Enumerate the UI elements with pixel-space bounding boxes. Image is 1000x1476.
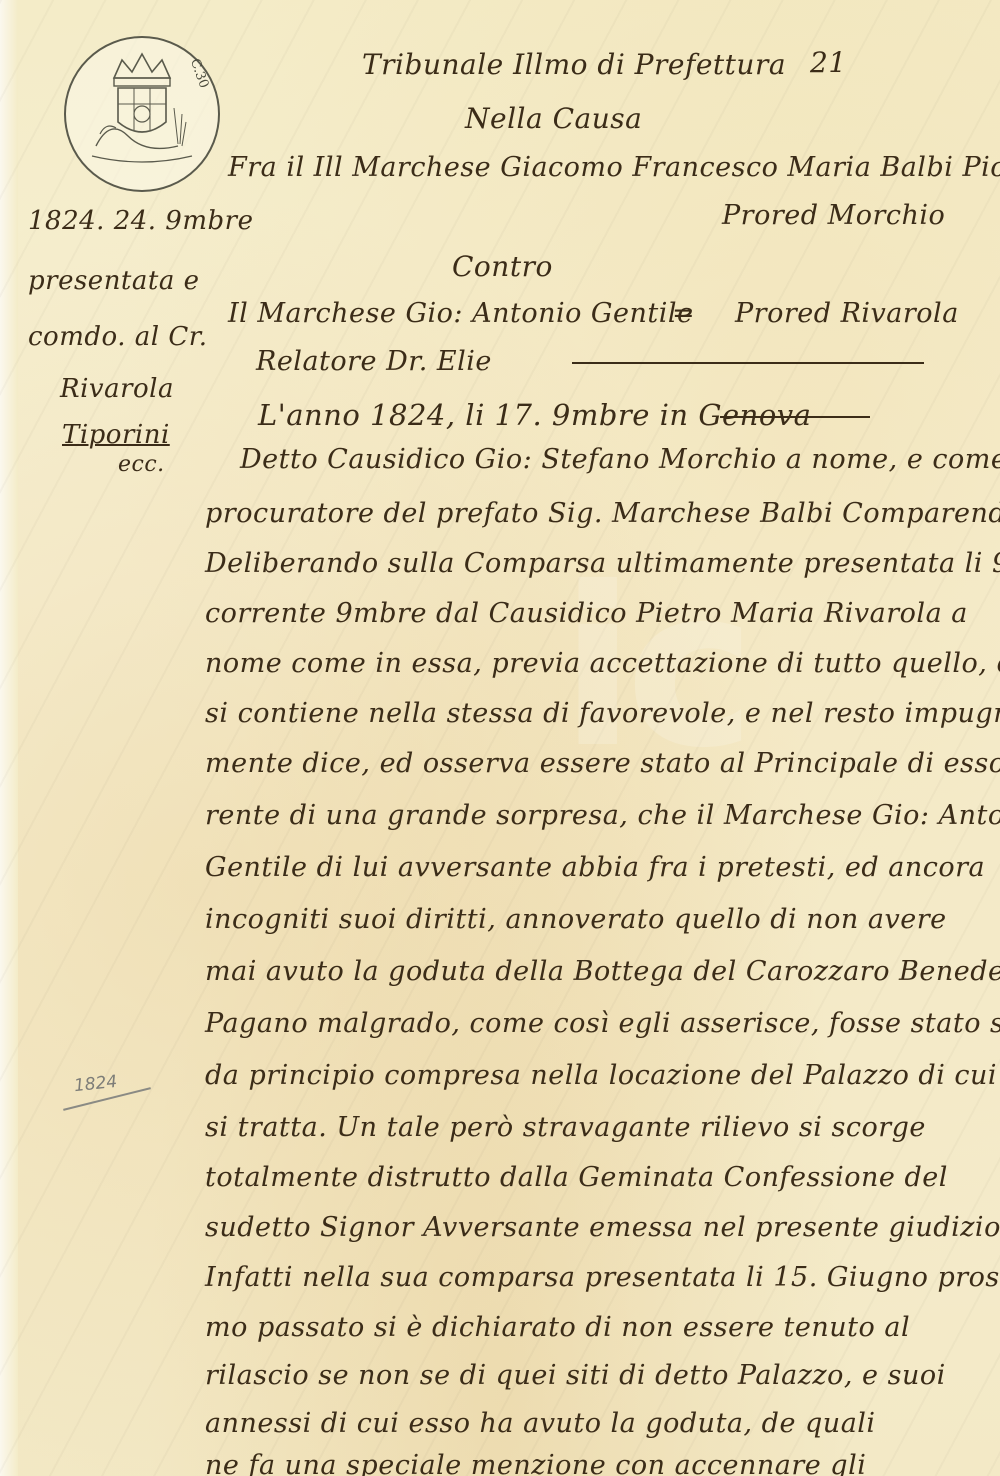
scan-edge: [0, 0, 18, 1476]
body-line-12: mai avuto la goduta della Bottega del Ca…: [205, 956, 1000, 987]
plaintiff-line: Fra il Ill Marchese Giacomo Francesco Ma…: [228, 152, 1000, 183]
margin-note-communicated: comdo. al Cr.: [28, 322, 208, 352]
body-line-3: procuratore del prefato Sig. Marchese Ba…: [205, 498, 1000, 529]
revenue-stamp: C.30: [64, 36, 220, 192]
body-line-17: sudetto Signor Avversante emessa nel pre…: [205, 1212, 1000, 1243]
body-line-21: annessi di cui esso ha avuto la goduta, …: [205, 1408, 876, 1439]
margin-note-date: 1824. 24. 9mbre: [28, 206, 253, 236]
body-line-19: mo passato si è dichiarato di non essere…: [205, 1312, 910, 1343]
body-line-7: si contiene nella stessa di favorevole, …: [205, 698, 1000, 729]
body-line-18: Infatti nella sua comparsa presentata li…: [205, 1262, 1000, 1293]
defendant-procurator: Prored Rivarola: [735, 298, 959, 329]
defendant-line: Il Marchese Gio: Antonio Gentile: [228, 298, 693, 329]
body-line-20: rilascio se non se di quei siti di detto…: [205, 1360, 946, 1391]
margin-note-ecc: ecc.: [118, 452, 165, 477]
plaintiff-procurator: Prored Morchio: [722, 200, 945, 231]
date-rule: [720, 416, 870, 418]
court-title: Tribunale Illmo di Prefettura: [362, 48, 786, 81]
body-line-22: ne fa una speciale menzione con accennar…: [205, 1450, 866, 1476]
header-rule: [572, 362, 924, 364]
defendant-separator: =: [672, 298, 695, 329]
relatore-line: Relatore Dr. Elie: [256, 346, 492, 377]
body-line-1: L'anno 1824, li 17. 9mbre in Genova: [258, 398, 811, 432]
body-line-14: da principio compresa nella locazione de…: [205, 1060, 997, 1091]
body-line-2: Detto Causidico Gio: Stefano Morchio a n…: [240, 444, 1000, 475]
margin-note-presented: presentata e: [28, 266, 199, 296]
manuscript-page: ic C.30 Tribunale Illmo di Prefettura 21…: [0, 0, 1000, 1476]
body-line-13: Pagano malgrado, come così egli asserisc…: [205, 1008, 1000, 1039]
body-line-8: mente dice, ed osserva essere stato al P…: [205, 748, 1000, 779]
margin-note-rivarola: Rivarola: [60, 374, 174, 404]
body-line-10: Gentile di lui avversante abbia fra i pr…: [205, 852, 985, 883]
margin-note-signature: Tiporini: [62, 420, 170, 450]
body-line-16: totalmente distrutto dalla Geminata Conf…: [205, 1162, 948, 1193]
page-number: 21: [810, 46, 847, 79]
body-line-15: si tratta. Un tale però stravagante rili…: [205, 1112, 926, 1143]
body-line-6: nome come in essa, previa accettazione d…: [205, 648, 1000, 679]
pencil-note-year: 1824: [73, 1072, 118, 1096]
body-line-5: corrente 9mbre dal Causidico Pietro Mari…: [205, 598, 968, 629]
body-line-11: incogniti suoi diritti, annoverato quell…: [205, 904, 947, 935]
body-line-9: rente di una grande sorpresa, che il Mar…: [205, 800, 1000, 831]
contro-label: Contro: [452, 250, 553, 283]
cause-heading: Nella Causa: [465, 102, 642, 135]
body-line-4: Deliberando sulla Comparsa ultimamente p…: [205, 548, 1000, 579]
